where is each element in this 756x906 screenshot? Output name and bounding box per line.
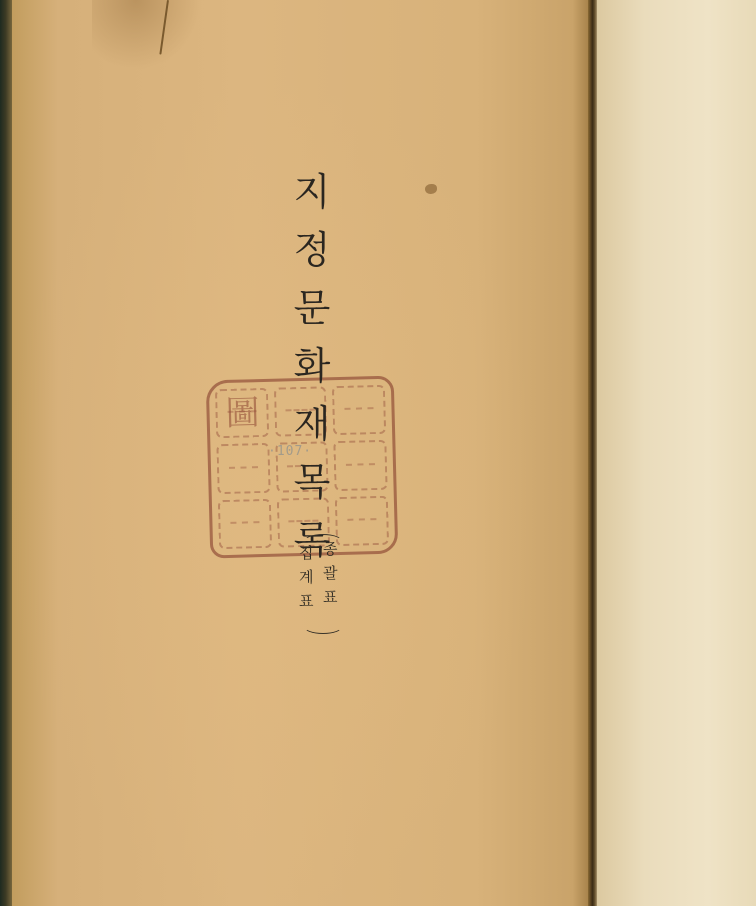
title-char: 문 <box>294 288 331 328</box>
document-subtitle: 종 괄 표 집 계 표 <box>295 538 347 630</box>
subtitle-char: 계 <box>299 568 314 586</box>
seal-glyph <box>332 385 386 436</box>
seal-glyph <box>334 440 388 491</box>
title-char: 재 <box>294 404 331 444</box>
title-char: 목 <box>294 462 331 502</box>
subtitle-char: 집 <box>299 544 314 562</box>
seal-glyph <box>216 443 270 494</box>
subtitle-char: 종 <box>323 540 338 558</box>
paren-bottom <box>303 618 343 634</box>
back-page <box>597 0 756 906</box>
seal-char: 圖 <box>225 396 260 431</box>
subtitle-right-column: 종 괄 표 <box>323 540 338 606</box>
paper-stain <box>425 184 437 194</box>
seal-glyph: 圖 <box>215 388 269 439</box>
title-char: 정 <box>294 230 331 270</box>
subtitle-char: 표 <box>323 588 338 606</box>
document-title: 지 정 문 화 재 목 록 <box>287 172 337 560</box>
scanned-document: 圖 ·107· 지 정 문 화 재 목 록 종 괄 표 집 계 표 <box>0 0 756 906</box>
title-char: 화 <box>294 346 331 386</box>
subtitle-left-column: 집 계 표 <box>299 544 314 610</box>
subtitle-char: 괄 <box>323 564 338 582</box>
subtitle-char: 표 <box>299 592 314 610</box>
title-char: 지 <box>294 172 331 212</box>
seal-glyph <box>218 498 272 549</box>
fold-shadow <box>92 0 202 70</box>
